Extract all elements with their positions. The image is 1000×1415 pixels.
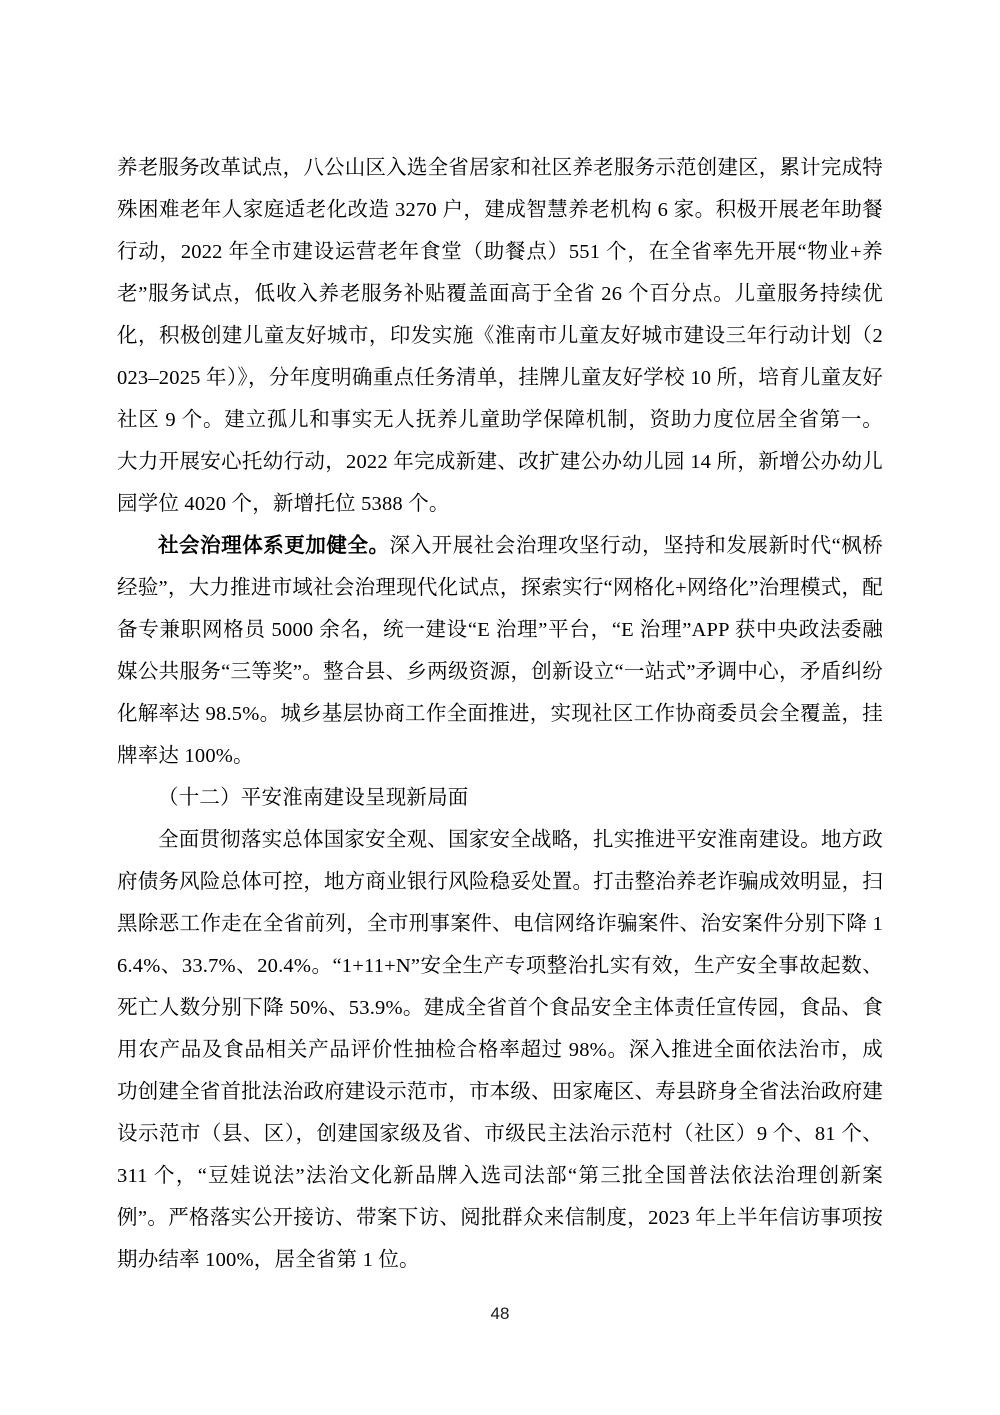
- paragraph-elderly-care-continuation: 养老服务改革试点，八公山区入选全省居家和社区养老服务示范创建区，累计完成特殊困难…: [117, 147, 883, 525]
- document-body: 养老服务改革试点，八公山区入选全省居家和社区养老服务示范创建区，累计完成特殊困难…: [117, 147, 883, 1281]
- paragraph-social-governance-text: 深入开展社会治理攻坚行动，坚持和发展新时代“枫桥经验”，大力推进市域社会治理现代…: [117, 535, 883, 767]
- paragraph-lead-bold: 社会治理体系更加健全。: [158, 535, 390, 557]
- paragraph-safe-huainan: 全面贯彻落实总体国家安全观、国家安全战略，扎实推进平安淮南建设。地方政府债务风险…: [117, 819, 883, 1281]
- paragraph-social-governance: 社会治理体系更加健全。深入开展社会治理攻坚行动，坚持和发展新时代“枫桥经验”，大…: [117, 525, 883, 777]
- page-number: 48: [0, 1304, 1000, 1324]
- section-heading-twelve: （十二）平安淮南建设呈现新局面: [117, 777, 883, 819]
- document-page: 养老服务改革试点，八公山区入选全省居家和社区养老服务示范创建区，累计完成特殊困难…: [0, 0, 1000, 1415]
